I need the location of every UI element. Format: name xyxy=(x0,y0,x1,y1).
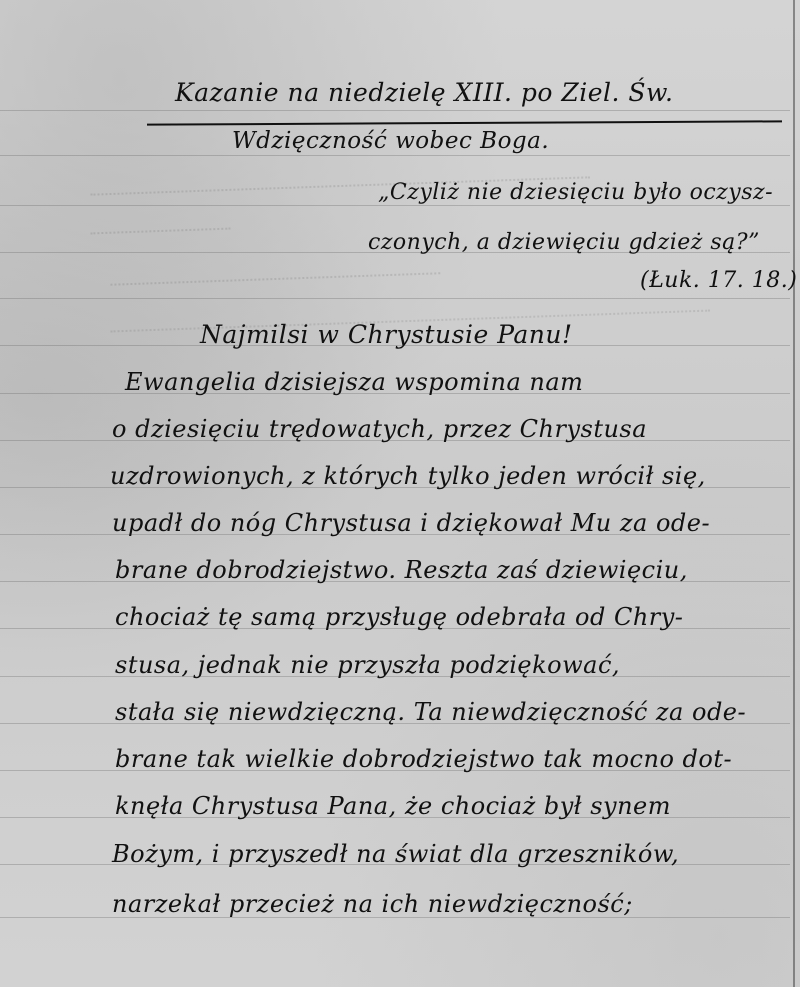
manuscript-page: Kazanie na niedzielę XIII. po Ziel. Św. … xyxy=(0,0,800,987)
bleed-through-text xyxy=(110,252,441,286)
epigraph-line-1: „Czyliż nie dziesięciu było oczysz- xyxy=(378,180,773,205)
bleed-through-text xyxy=(90,208,231,235)
sermon-title: Kazanie na niedzielę XIII. po Ziel. Św. xyxy=(175,78,673,107)
body-line: Bożym, i przyszedł na świat dla grzeszni… xyxy=(112,840,679,868)
sermon-subtitle: Wdzięczność wobec Boga. xyxy=(232,128,549,154)
ruled-line xyxy=(0,205,790,206)
body-line: knęła Chrystusa Pana, że chociaż był syn… xyxy=(115,792,671,820)
salutation: Najmilsi w Chrystusie Panu! xyxy=(200,320,573,349)
page-margin-line xyxy=(793,0,795,987)
ruled-line xyxy=(0,110,790,111)
ruled-line xyxy=(0,155,790,156)
body-line: brane tak wielkie dobrodziejstwo tak moc… xyxy=(115,745,732,773)
body-line: brane dobrodziejstwo. Reszta zaś dziewię… xyxy=(115,556,688,584)
epigraph-line-2: czonych, a dziewięciu gdzież są?” xyxy=(368,230,760,255)
body-line: uzdrowionych, z których tylko jeden wróc… xyxy=(110,462,706,490)
title-underline xyxy=(147,120,782,125)
body-line: narzekał przecież na ich niewdzięczność; xyxy=(112,890,633,918)
body-line: o dziesięciu trędowatych, przez Chrystus… xyxy=(112,415,647,443)
scripture-citation: (Łuk. 17. 18.) xyxy=(640,268,797,293)
body-line: upadł do nóg Chrystusa i dziękował Mu za… xyxy=(112,509,710,537)
body-line: chociaż tę samą przysługę odebrała od Ch… xyxy=(115,603,683,631)
body-line: stusa, jednak nie przyszła podziękować, xyxy=(115,651,620,679)
body-line: Ewangelia dzisiejsza wspomina nam xyxy=(125,368,583,396)
body-line: stała się niewdzięczną. Ta niewdzięcznoś… xyxy=(115,698,746,726)
